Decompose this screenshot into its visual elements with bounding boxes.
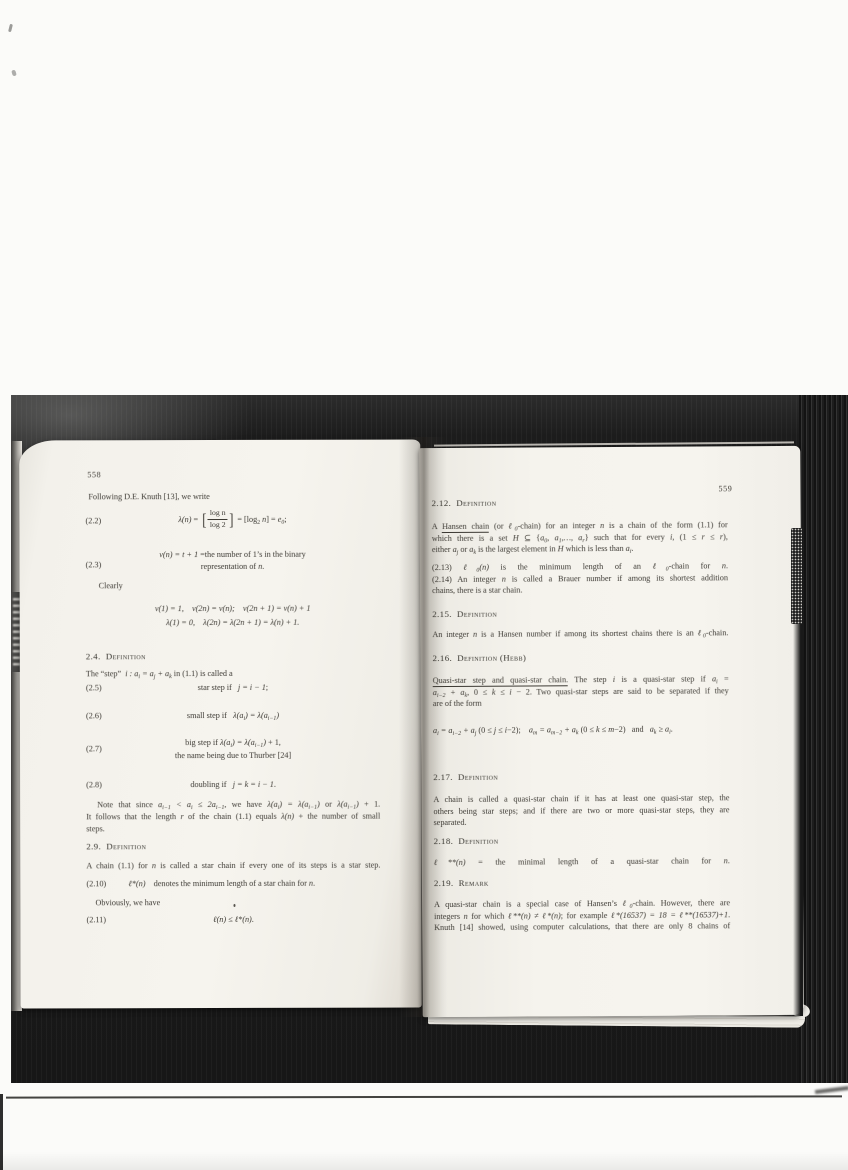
remark-2-19-heading: 2.19. Remark	[434, 876, 730, 889]
definition-2-17-line-3: separated.	[434, 815, 730, 828]
close-bracket: ]	[229, 510, 233, 527]
eq-2-8-text: doubling if j = k = i − 1.	[86, 779, 380, 791]
dotted-page-edge-texture	[791, 528, 802, 624]
eq-nu: ν(1) = 1, ν(2n) = ν(n); ν(2n + 1) = ν(n)…	[86, 603, 380, 615]
note-line-1: Note that since ai−1 < ai ≤ 2ai−1, we ha…	[86, 799, 380, 811]
definition-2-16-line-3: are of the form	[433, 696, 729, 709]
obviously-line: Obviously, we have	[95, 897, 389, 909]
definition-2-16-heading: 2.16. Definition (Hebb)	[433, 651, 729, 664]
definition-2-4-heading: 2.4. Definition	[86, 651, 380, 663]
corduroy-texture	[799, 395, 848, 1083]
page-edge-shadow	[793, 620, 803, 1016]
item-2-14-line-2: chains, there is a star chain.	[432, 583, 728, 596]
definition-2-12-heading: 2.12. Definition	[432, 496, 728, 509]
note-line-3: steps.	[86, 823, 380, 835]
eq-2-2-content: λ(n) = [ log n log 2 ] = [log2 n] = e0;	[85, 503, 379, 536]
eq-2-3-line2: representation of n.	[86, 561, 380, 573]
fraction-denominator: log 2	[208, 519, 228, 529]
note-line-2: It follows that the length r of the chai…	[86, 811, 380, 823]
eq-2-2: λ(n) = [ log n log 2 ] = [log2 n] = e0;	[85, 503, 379, 536]
remark-2-19-line-3: Knuth [14] showed, using computer calcul…	[434, 920, 730, 933]
page-number: 558	[87, 469, 381, 481]
definition-2-18-body: ℓ**(n) = the minimal length of a quasi-s…	[434, 855, 730, 868]
eq-lambda: λ(1) = 0, λ(2n) = λ(2n + 1) = λ(n) + 1.	[86, 617, 380, 629]
eq-2-6-text: small step if λ(ai) = λ(ai−1)	[86, 710, 380, 722]
right-page-text: 559 2.12. Definition A Hansen chain (or …	[419, 446, 803, 1017]
stray-mark	[8, 24, 13, 32]
definition-2-18-heading: 2.18. Definition	[434, 834, 730, 847]
table-edge-line-end	[815, 1086, 848, 1094]
stray-mark	[11, 70, 17, 77]
eq-2-7-line2: the name being due to Thurber [24]	[86, 750, 380, 762]
definition-2-15-body: An integer n is a Hansen number if among…	[432, 627, 728, 640]
left-page: 558 Following D.E. Knuth [13], we write …	[19, 439, 421, 1008]
eq-2-7-line1: big step if λ(ai) = λ(ai−1) + 1,	[86, 737, 380, 749]
fraction: log n log 2	[208, 508, 228, 529]
stray-ink-dot	[233, 904, 235, 907]
intro-line: Following D.E. Knuth [13], we write	[88, 491, 382, 503]
page-number: 559	[718, 483, 758, 494]
left-page-text: 558 Following D.E. Knuth [13], we write …	[19, 439, 421, 1008]
definition-2-4-body: The “step” i : ai = aj + ak in (1.1) is …	[86, 668, 380, 680]
eq-2-10-text: ℓ*(n) denotes the minimum length of a st…	[128, 878, 388, 890]
eq-2-2-lhs: λ(n) =	[178, 514, 198, 525]
open-bracket: [	[202, 511, 206, 528]
scanned-book-photo: 558 Following D.E. Knuth [13], we write …	[0, 0, 848, 1170]
eq-2-11-text: ℓ(n) ≤ ℓ*(n).	[86, 914, 380, 926]
clearly-line: Clearly	[99, 580, 393, 592]
equation-2-16: ai = ai−2 + aj (0 ≤ j ≤ i−2); am = am−2 …	[433, 723, 773, 736]
eq-2-5-text: star step if j = i − 1;	[86, 682, 380, 694]
definition-2-9-body: A chain (1.1) for n is called a star cha…	[86, 860, 380, 872]
right-page: 559 2.12. Definition A Hansen chain (or …	[419, 446, 803, 1017]
definition-2-12-line-3: either aj or ak is the largest element i…	[432, 542, 728, 555]
fraction-numerator: log n	[208, 508, 228, 519]
table-edge-line	[6, 1095, 842, 1098]
definition-2-17-heading: 2.17. Definition	[433, 770, 729, 783]
eq-2-2-rhs: = [log2 n] = e0;	[237, 513, 286, 524]
bottom-shade	[0, 1152, 848, 1170]
definition-2-9-heading: 2.9. Definition	[86, 841, 380, 853]
definition-2-15-heading: 2.15. Definition	[432, 607, 728, 620]
